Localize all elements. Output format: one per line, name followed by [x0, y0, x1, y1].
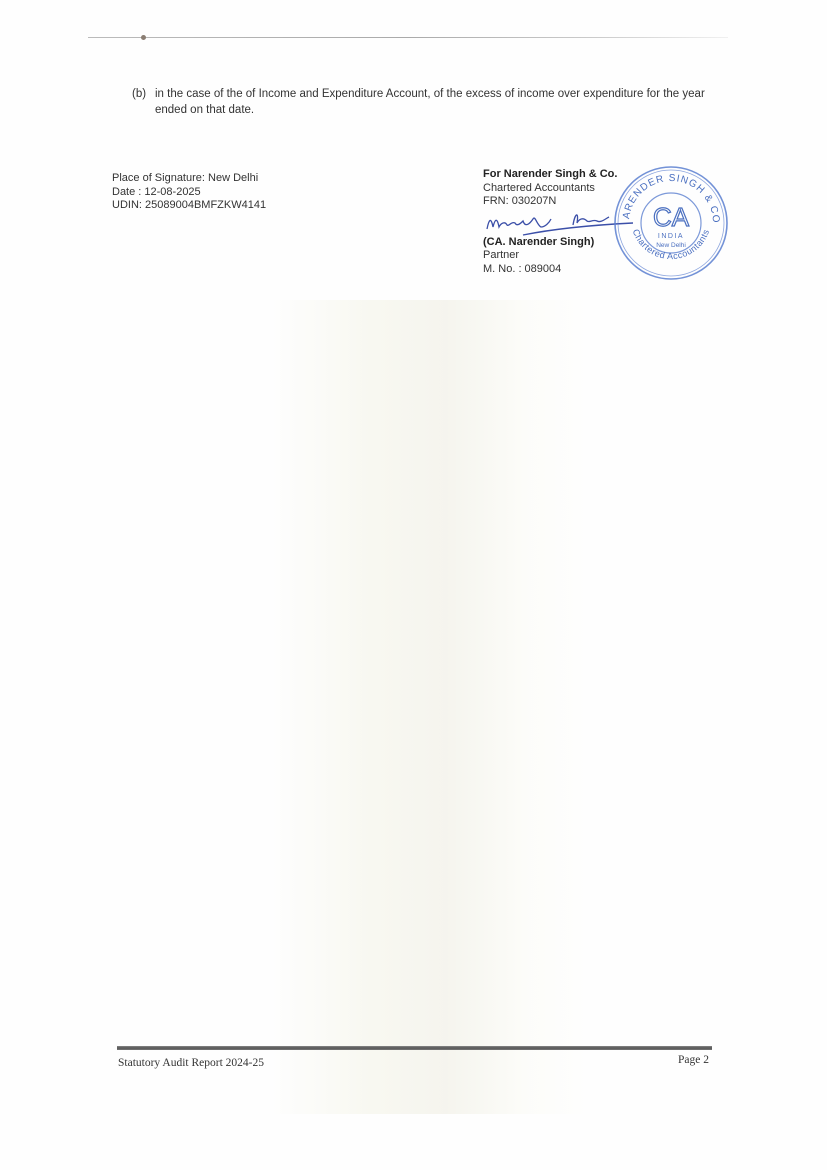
footer-page-number: Page 2 — [678, 1054, 709, 1066]
ca-logo-icon: CA — [653, 202, 690, 232]
auditor-signature-block: For Narender Singh & Co. Chartered Accou… — [483, 168, 617, 276]
signatory-role: Partner — [483, 249, 617, 263]
udin: UDIN: 25089004BMFZKW4141 — [112, 199, 266, 213]
membership-number: M. No. : 089004 — [483, 263, 617, 277]
opinion-clause-b: (b) in the case of the of Income and Exp… — [132, 86, 722, 118]
scan-shadow — [270, 300, 590, 1114]
clause-text: in the case of the of Income and Expendi… — [155, 86, 722, 118]
place-of-signature: Place of Signature: New Delhi — [112, 172, 266, 186]
header-rule — [88, 37, 728, 38]
footer-rule — [117, 1046, 712, 1050]
footer-report-title: Statutory Audit Report 2024-25 — [118, 1057, 264, 1069]
stamp-city: New Delhi — [656, 242, 686, 249]
stamp-country: INDIA — [658, 233, 684, 240]
signature-details: Place of Signature: New Delhi Date : 12-… — [112, 172, 266, 213]
scan-mark — [141, 35, 146, 40]
firm-designation: Chartered Accountants — [483, 182, 617, 196]
firm-name: For Narender Singh & Co. — [483, 168, 617, 182]
firm-seal-stamp: NARENDER SINGH & CO. Chartered Accountan… — [612, 164, 730, 282]
signature-date: Date : 12-08-2025 — [112, 186, 266, 200]
clause-label: (b) — [132, 86, 146, 102]
